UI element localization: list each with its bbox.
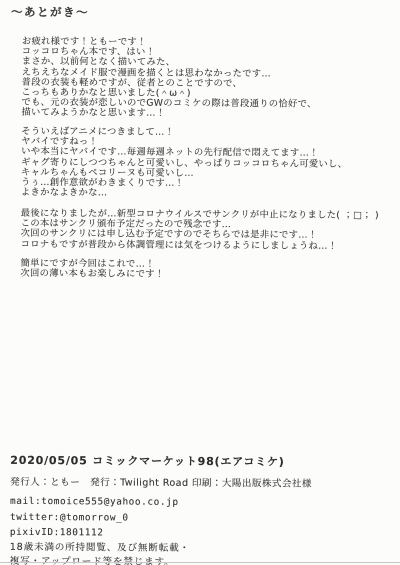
page-title: ～あとがき～ [11,4,89,20]
afterword-paragraph-1: お疲れ様です！ともーです！コッコロちゃん本です、はい！まさか、以前何となく描いて… [21,37,391,121]
text-line: 複写・アップロード等を禁じます。 [10,555,391,565]
text-line: よきかなよきかな… [21,188,391,200]
scanned-content: ～あとがき～ お疲れ様です！ともーです！コッコロちゃん本です、はい！まさか、以前… [0,0,400,565]
event-date-line: 2020/05/05 コミックマーケット98(エアコミケ) [10,452,391,470]
colophon: 2020/05/05 コミックマーケット98(エアコミケ) 発行人：ともー 発行… [10,452,392,565]
publisher-credits-line: 発行人：ともー 発行：Twilight Road 印刷：大陽出版株式会社様 [10,474,391,490]
contact-lines: mail:tomoice555@yahoo.co.jptwitter:@tomo… [10,494,391,543]
text-line: mail:tomoice555@yahoo.co.jp [10,494,391,512]
afterword-paragraph-3: 最後になりましたが…新型コロナウイルスでサンクリが中止になりました( ；□； )… [21,209,391,252]
afterword-paragraph-2: そういえばアニメにつきまして…！ヤバイですねっ！いや本当にヤバイです…毎週毎週ネ… [21,127,391,201]
afterword-page: ～あとがき～ お疲れ様です！ともーです！コッコロちゃん本です、はい！まさか、以前… [0,0,400,565]
text-line: コロナもですが普段から体調管理には気をつけるようにしましょうね…！ [21,239,391,251]
scan-edge-line [0,562,400,563]
afterword-body: お疲れ様です！ともーです！コッコロちゃん本です、はい！まさか、以前何となく描いて… [0,0,400,2]
afterword-paragraph-4: 簡単にですが今回はこれで…！次回の薄い本もお楽しみにです！ [20,259,390,282]
text-line: 描いてみようかなと思います…！ [21,108,391,120]
text-line: 次回の薄い本もお楽しみにです！ [20,269,390,281]
